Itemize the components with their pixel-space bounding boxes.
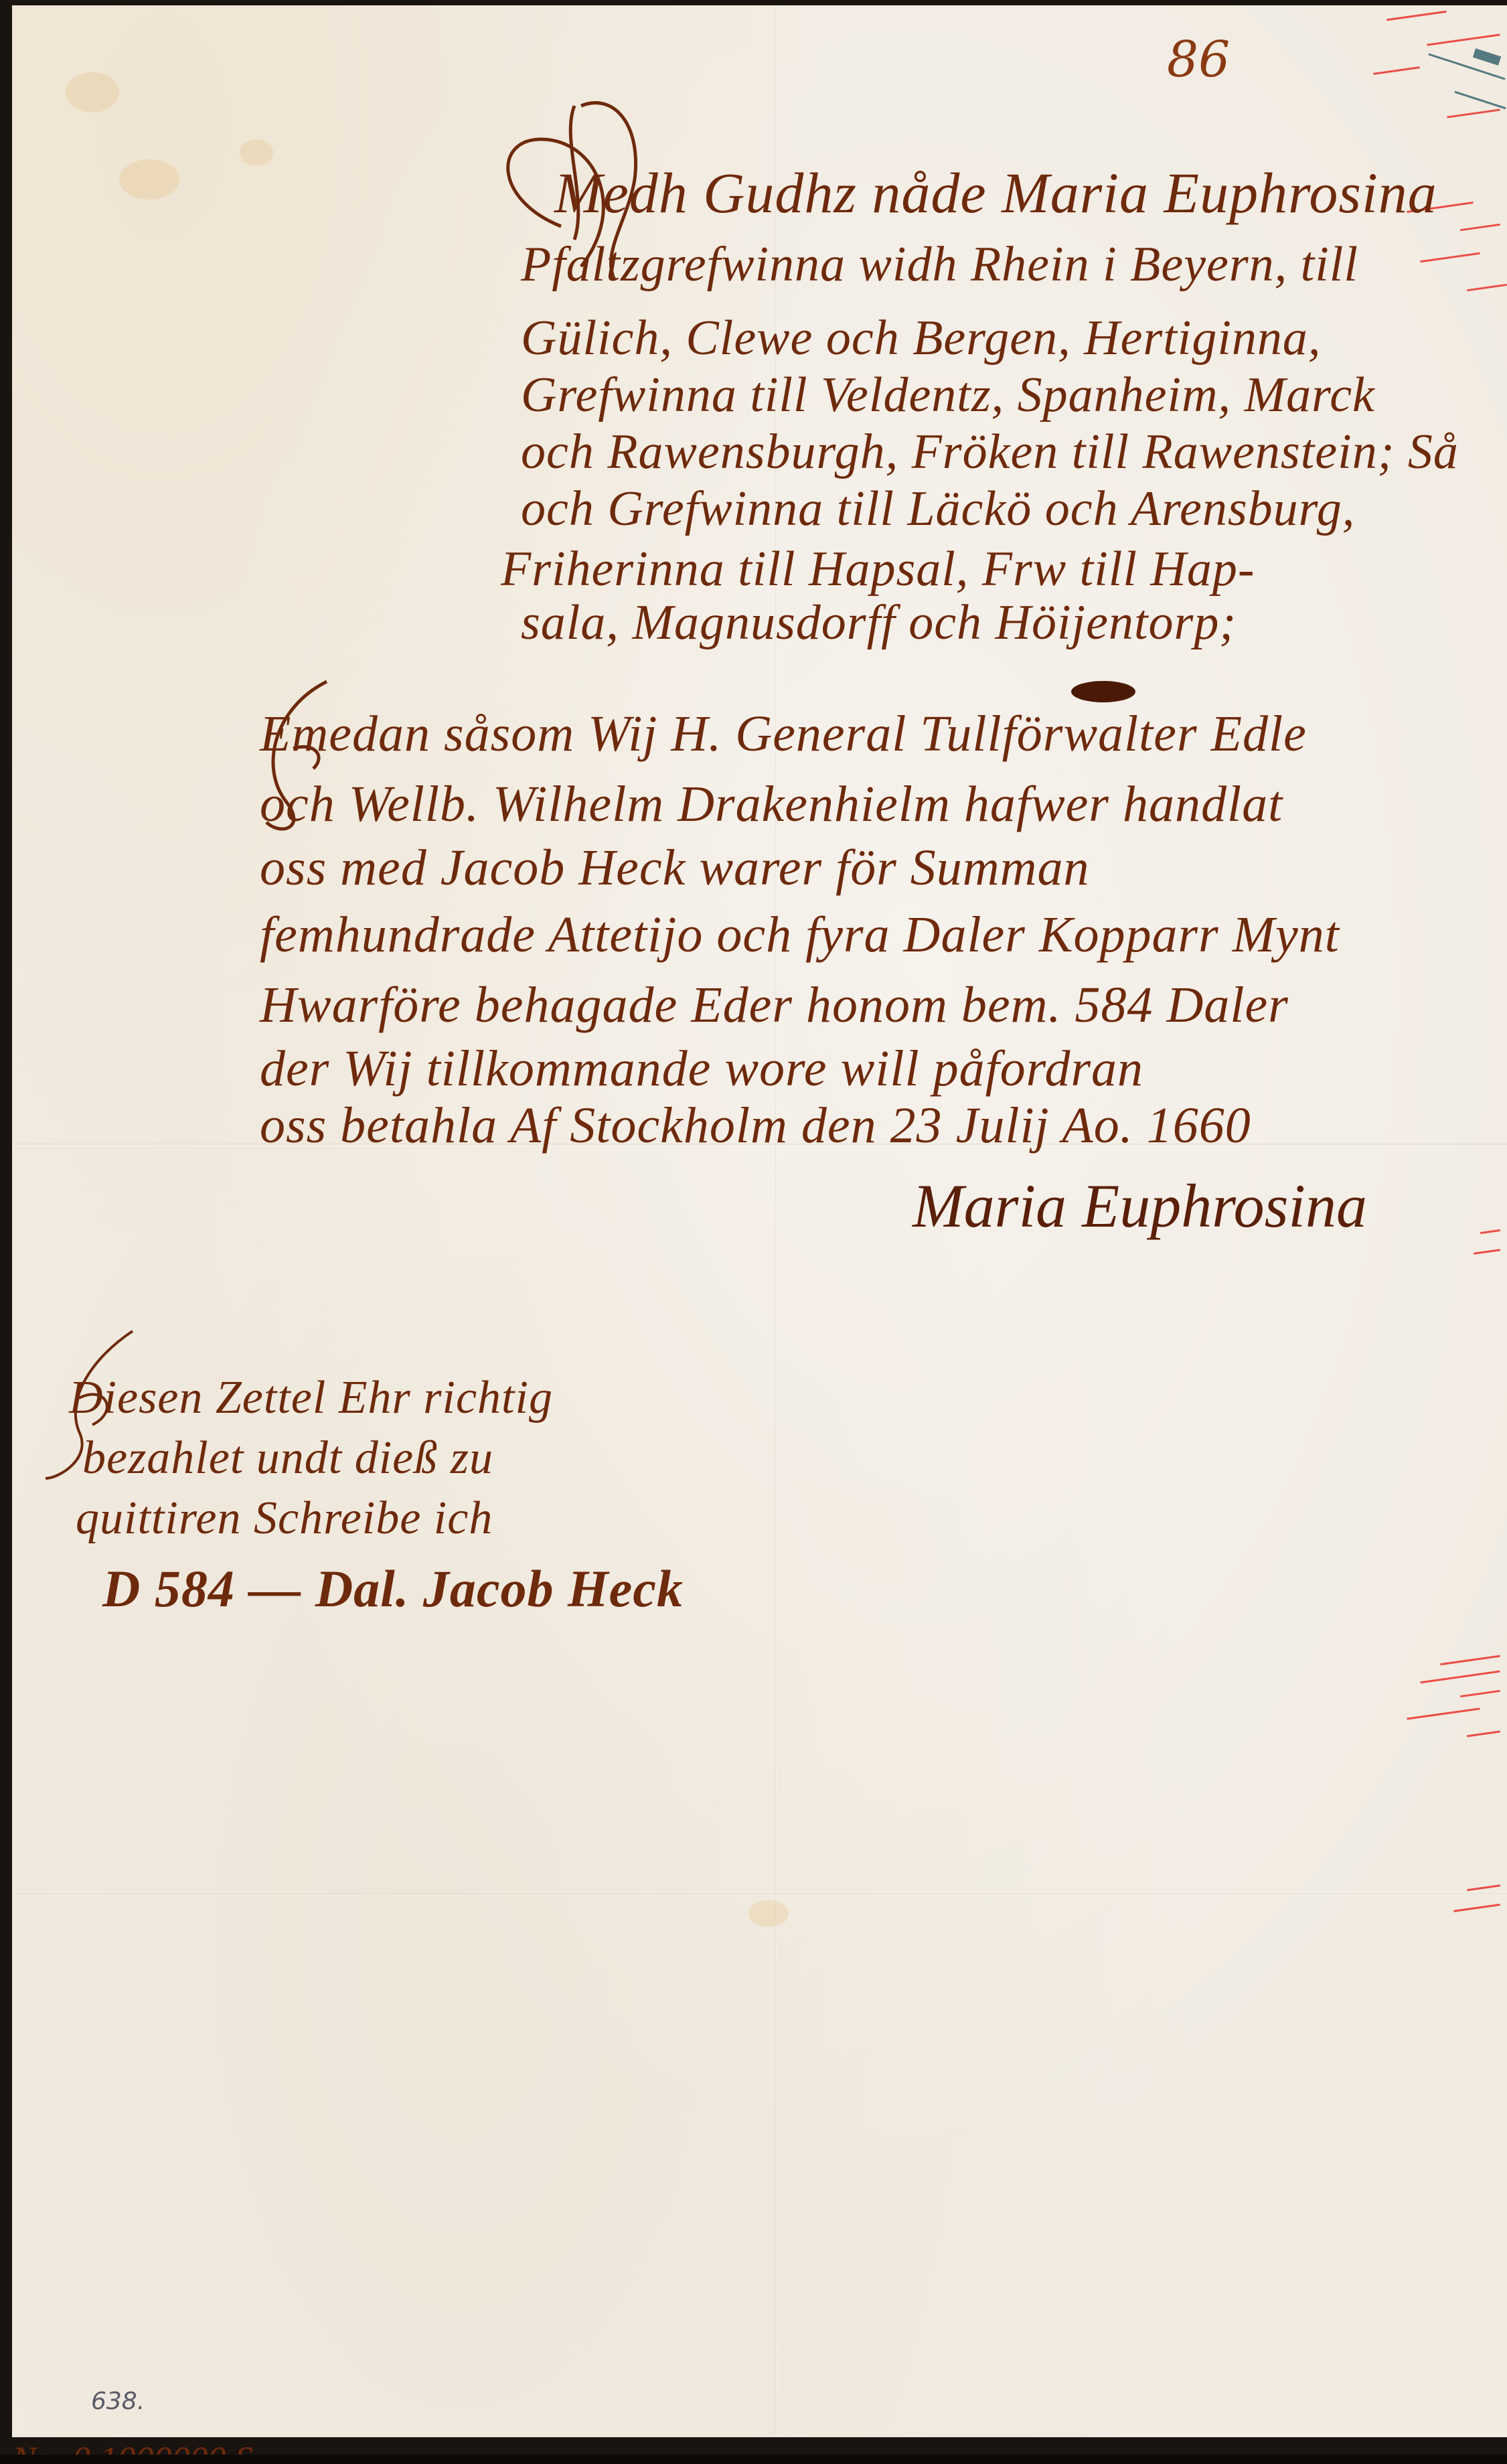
- heading-line: Gülich, Clewe och Bergen, Hertiginna,: [521, 310, 1321, 367]
- heading-line: Medh Gudhz nåde Maria Euphrosina: [554, 159, 1437, 226]
- heading-line: Friherinna till Hapsal, Frw till Hap-: [501, 541, 1255, 598]
- red-ink-splatter-lower: [1366, 1880, 1507, 1934]
- red-ink-splatter-middle: [1366, 1646, 1507, 1753]
- receipt-line: Diesen Zettel Ehr richtig: [69, 1371, 553, 1425]
- foxing-stain: [66, 72, 119, 112]
- foxing-stain: [748, 1900, 789, 1927]
- body-line: femhundrade Attetijo och fyra Daler Kopp…: [260, 906, 1340, 964]
- receipt-line: D 584 — Dal. Jacob Heck: [102, 1559, 684, 1619]
- heading-line: sala, Magnusdorff och Höijentorp;: [521, 595, 1237, 651]
- foxing-stain: [240, 139, 273, 166]
- heading-line: och Grefwinna till Läckö och Arensburg,: [521, 481, 1355, 538]
- body-line: Emedan såsom Wij H. General Tullförwalte…: [260, 705, 1307, 763]
- heading-line: och Rawensburgh, Fröken till Rawenstein;…: [521, 424, 1459, 481]
- body-line: der Wij tillkommande wore will påfordran: [260, 1040, 1143, 1098]
- archive-pencil-number: 638.: [91, 2388, 145, 2415]
- manuscript-sheet: 86 Medh Gudhz nåde Maria Euphrosina Pfal…: [12, 5, 1507, 2437]
- red-ink-splatter-signature: [1366, 1231, 1507, 1284]
- scan-border: [0, 2455, 1507, 2464]
- ink-blot: [1056, 675, 1150, 708]
- receipt-line: quittiren Schreibe ich: [76, 1492, 493, 1545]
- folio-number: 86: [1167, 31, 1230, 88]
- foxing-stain: [119, 159, 179, 200]
- receipt-line: bezahlet undt dieß zu: [82, 1432, 493, 1485]
- heading-line: Pfaltzgrefwinna widh Rhein i Beyern, til…: [521, 236, 1358, 293]
- body-line: oss med Jacob Heck warer för Summan: [260, 839, 1090, 897]
- body-line: oss betahla Af Stockholm den 23 Julij Ao…: [260, 1097, 1251, 1155]
- heading-line: Grefwinna till Veldentz, Spanheim, Marck: [521, 367, 1375, 424]
- signature: Maria Euphrosina: [913, 1170, 1367, 1241]
- fold-line-horizontal: [12, 1894, 1507, 1896]
- body-line: och Wellb. Wilhelm Drakenhielm hafwer ha…: [260, 775, 1283, 834]
- body-line: Hwarföre behagade Eder honom bem. 584 Da…: [260, 976, 1289, 1034]
